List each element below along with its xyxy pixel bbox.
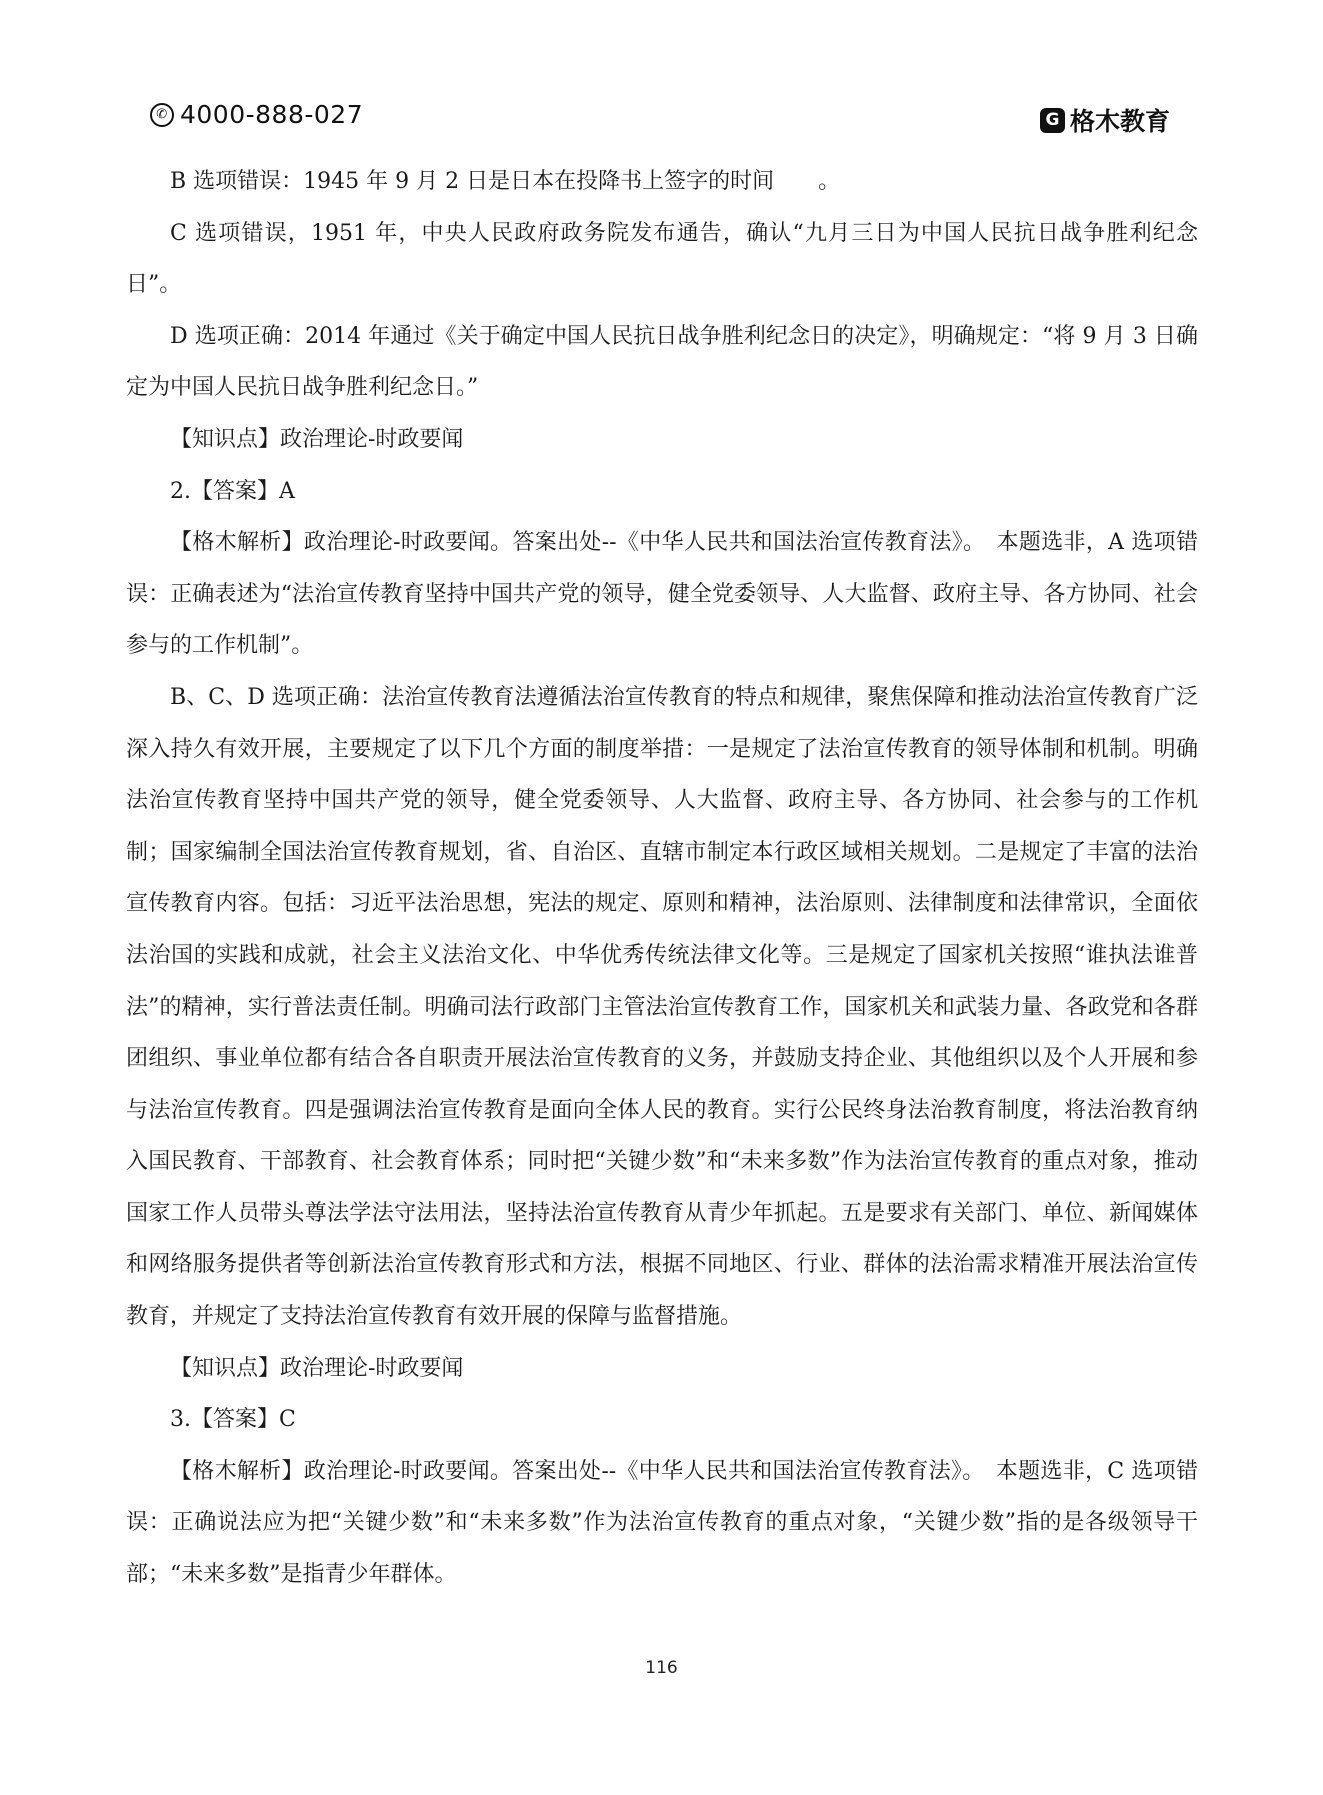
option-c-explanation: C 选项错误，1951 年，中央人民政府政务院发布通告，确认“九月三日为中国人民… xyxy=(126,208,1198,311)
analysis-3: 【格木解析】政治理论-时政要闻。答案出处--《中华人民共和国法治宣传教育法》。 … xyxy=(126,1446,1198,1601)
hotline: ✆ 4000-888-027 xyxy=(150,100,363,129)
brand-logo: G 格木教育 xyxy=(1040,102,1170,138)
knowledge-point-1: 【知识点】政治理论-时政要闻 xyxy=(126,414,1198,466)
gemu-logo-icon: G xyxy=(1040,108,1065,133)
option-b-explanation: B 选项错误：1945 年 9 月 2 日是日本在投降书上签字的时间 。 xyxy=(126,156,1198,208)
answer-3: 3.【答案】C xyxy=(126,1394,1198,1446)
document-body: B 选项错误：1945 年 9 月 2 日是日本在投降书上签字的时间 。 C 选… xyxy=(126,156,1198,1601)
page-header: ✆ 4000-888-027 G 格木教育 xyxy=(150,100,1170,144)
analysis-2: 【格木解析】政治理论-时政要闻。答案出处--《中华人民共和国法治宣传教育法》。 … xyxy=(126,517,1198,672)
answer-2: 2.【答案】A xyxy=(126,466,1198,518)
hotline-number: 4000-888-027 xyxy=(180,100,363,129)
phone-icon: ✆ xyxy=(150,103,174,127)
page-number: 116 xyxy=(0,1658,1323,1678)
knowledge-point-2: 【知识点】政治理论-时政要闻 xyxy=(126,1343,1198,1395)
option-d-explanation: D 选项正确：2014 年通过《关于确定中国人民抗日战争胜利纪念日的决定》，明确… xyxy=(126,311,1198,414)
analysis-2-detail: B、C、D 选项正确：法治宣传教育法遵循法治宣传教育的特点和规律，聚焦保障和推动… xyxy=(126,672,1198,1343)
brand-name: 格木教育 xyxy=(1070,102,1170,138)
